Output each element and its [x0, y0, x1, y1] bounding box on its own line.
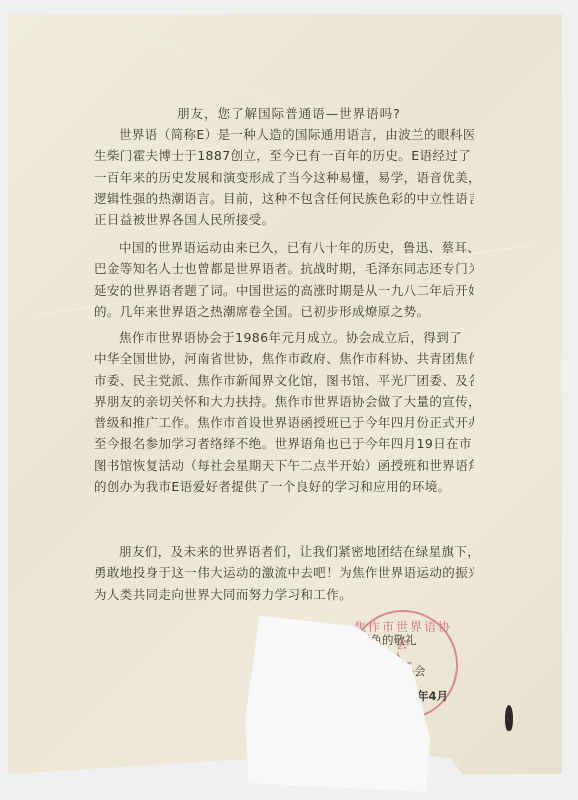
- text-line: 普级和推广工作。焦作市首设世界语函授班已于今年四月份正式开办。: [94, 412, 474, 433]
- text-line: 的。几年来世界语之热潮席卷全国。已初步形成燎原之势。: [94, 301, 474, 322]
- paragraph-4: 朋友们，及未来的世界语者们，让我们紧密地团结在绿星旗下， 勇敢地投身于这一伟大运…: [94, 541, 474, 605]
- text-line: 的创办为我市E语爱好者提供了一个良好的学习和应用的环境。: [94, 476, 474, 497]
- text-line: 巴金等知名人士也曾都是世界语者。抗战时期，毛泽东同志还专门为: [94, 258, 474, 279]
- paragraph-1: 世界语（简称E）是一种人造的国际通用语言，由波兰的眼科医 生柴门霍夫博士于188…: [94, 124, 474, 230]
- text-line: 延安的世界语者题了词。中国世运的高涨时期是从一九八二年后开始: [94, 280, 474, 301]
- paragraph-2: 中国的世界语运动由来已久，已有八十年的历史，鲁迅、蔡耳、 巴金等知名人士也曾都是…: [94, 237, 474, 322]
- text-line: 生柴门霍夫博士于1887创立，至今已有一百年的历史。E语经过了: [94, 145, 474, 166]
- text-line: 焦作市世界语协会于1986年元月成立。协会成立后，得到了: [94, 327, 474, 348]
- text-line: 朋友们，及未来的世界语者们，让我们紧密地团结在绿星旗下，: [94, 541, 474, 562]
- text-line: 一百年来的历史发展和演变形成了当今这种易懂，易学，语音优美，: [94, 167, 474, 188]
- text-line: 界朋友的亲切关怀和大力扶持。焦作市世界语协会做了大量的宣传，: [94, 391, 474, 412]
- text-line: 中国的世界语运动由来已久，已有八十年的历史，鲁迅、蔡耳、: [94, 237, 474, 258]
- text-line: 图书馆恢复活动（每社会星期天下午二点半开始）函授班和世界语角: [94, 455, 474, 476]
- ink-stain: [505, 705, 513, 731]
- text-line: 中华全国世协，河南省世协，焦作市政府、焦作市科协、共青团焦作: [94, 348, 474, 369]
- text-line: 市委、民主党派、焦作市新闻界文化馆，图书馆、平光厂团委、及各: [94, 370, 474, 391]
- text-line: 为人类共同走向世界大同而努力学习和工作。: [94, 584, 474, 605]
- text-line: 逻辑性强的热潮语言。目前，这种不包含任何民族色彩的中立性语言: [94, 188, 474, 209]
- text-line: 勇敢地投身于这一伟大运动的激流中去吧！为焦作世界语运动的振兴，: [94, 562, 474, 583]
- text-line: 至今报名参加学习者络绎不绝。世界语角也已于今年四月19日在市: [94, 433, 474, 454]
- document-title: 朋友，您了解国际普通语—世界语吗?: [0, 104, 578, 122]
- text-line: 正日益被世界各国人民所接受。: [94, 209, 474, 230]
- paragraph-3: 焦作市世界语协会于1986年元月成立。协会成立后，得到了 中华全国世协，河南省世…: [94, 327, 474, 497]
- text-line: 世界语（简称E）是一种人造的国际通用语言，由波兰的眼科医: [94, 124, 474, 145]
